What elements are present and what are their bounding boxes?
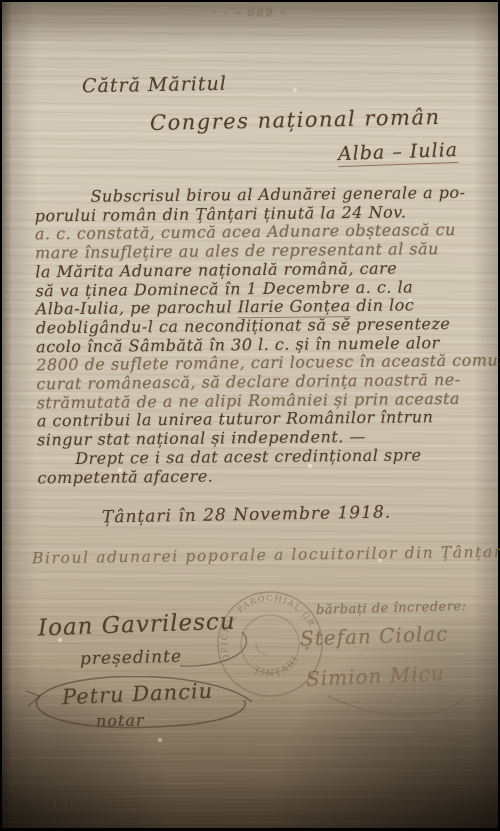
signature-president-title: președinte (80, 647, 183, 670)
gontea-post: din loc (351, 296, 415, 316)
letter-place: Alba – Iulia (338, 139, 459, 167)
stamp-inner-mark (255, 640, 267, 657)
top-page-number: · · – 689 – (0, 6, 500, 19)
signature-notary-title: notar (96, 711, 145, 731)
scanned-letter-photo: · · – 689 – Cătră Măritul Congres națion… (0, 0, 500, 831)
gontea-pre: Alba-Iulia, pe parochul (36, 297, 238, 318)
letter-salutation: Cătră Măritul (82, 73, 227, 98)
letter-body: Subscrisul birou al Adunărei generale a … (34, 184, 489, 488)
stamp-bottom-text: ȚINȚARI (249, 646, 305, 689)
